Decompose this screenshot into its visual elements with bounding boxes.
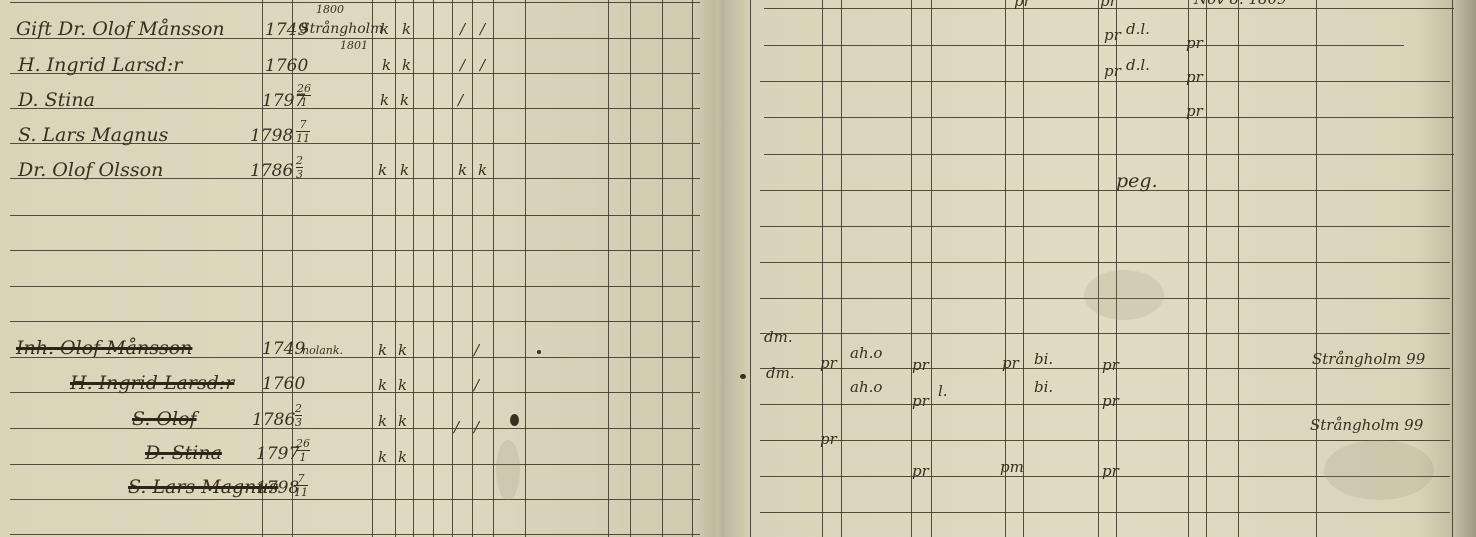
mark-slash: / — [480, 22, 485, 37]
note-dm: dm. — [766, 366, 795, 381]
note-pr: pr — [912, 464, 929, 479]
note-pm: pm — [1000, 460, 1024, 475]
note-pr: pr — [1100, 0, 1117, 9]
birth-year: 1749 — [262, 341, 305, 358]
row-rule — [760, 81, 1450, 82]
note-pr: pr — [912, 394, 929, 409]
note-pr: pr — [1014, 0, 1031, 9]
column-rule — [472, 0, 473, 537]
row-rule — [760, 512, 1450, 513]
note-pr: pr — [1104, 64, 1121, 79]
person-name: D. Stina — [18, 91, 95, 110]
mark-k: k — [378, 163, 387, 178]
column-rule — [662, 0, 663, 537]
mark-slash: / — [474, 343, 479, 358]
birth-year: 1760 — [262, 376, 305, 393]
birth-year: 1786 — [250, 163, 293, 180]
note-remark: Strångholm 99 — [1312, 352, 1425, 367]
note-pr: pr — [1102, 394, 1119, 409]
ink-blot — [537, 350, 541, 354]
mark-k: k — [378, 343, 387, 358]
note-peg: peg. — [1116, 172, 1158, 191]
birth-year: 1786 — [252, 412, 295, 429]
birth-year: 1760 — [265, 58, 308, 75]
note-bi: bi. — [1034, 380, 1053, 395]
mark-slash: / — [454, 420, 459, 435]
row-rule — [760, 333, 1450, 334]
row-rule — [764, 154, 1454, 155]
column-rule — [1452, 0, 1453, 537]
mark-k: k — [380, 22, 389, 37]
note-pr: pr — [1002, 356, 1019, 371]
mark-k: k — [382, 58, 391, 73]
note-dl: d.l. — [1126, 22, 1150, 37]
row-rule — [760, 226, 1450, 227]
row-rule — [764, 45, 1404, 46]
column-rule — [493, 0, 494, 537]
note-l: l. — [938, 384, 948, 399]
row-rule — [10, 321, 700, 322]
column-rule — [750, 0, 751, 537]
paper-stain — [1084, 270, 1164, 320]
person-name: H. Ingrid Larsd:r — [18, 56, 182, 75]
note-aho: ah.o — [850, 346, 882, 361]
column-rule — [692, 0, 693, 537]
birth-year: 1798 — [250, 128, 293, 145]
mark-k: k — [380, 93, 389, 108]
column-rule — [452, 0, 453, 537]
column-rule — [608, 0, 609, 537]
mark-slash: / — [480, 58, 485, 73]
mark-slash: / — [460, 22, 465, 37]
row-rule — [10, 108, 700, 109]
note-pr: pr — [820, 432, 837, 447]
row-rule — [10, 428, 700, 429]
note-pr: pr — [1186, 36, 1203, 51]
note-pr: pr — [1102, 358, 1119, 373]
ledger-spread: 1800 Gift Dr. Olof Månsson 1749 Strångho… — [0, 0, 1476, 537]
mark-k: k — [398, 378, 407, 393]
birth-year: 1798 — [256, 480, 299, 497]
note-pr: pr — [820, 356, 837, 371]
note-pr: pr — [1102, 464, 1119, 479]
birth-date: 711 — [294, 473, 308, 498]
row-rule — [10, 215, 700, 216]
column-rule — [372, 0, 373, 537]
mark-k: k — [400, 163, 409, 178]
row-rule — [760, 262, 1450, 263]
column-rule — [395, 0, 396, 537]
mark-k: k — [398, 343, 407, 358]
birth-date: 261 — [296, 438, 310, 463]
person-name: Dr. Olof Olsson — [18, 161, 163, 180]
note-remark: Strångholm 99 — [1310, 418, 1423, 433]
note-dl: d.l. — [1126, 58, 1150, 73]
birth-date: 23 — [295, 403, 302, 428]
person-name-struck: D. Stina — [145, 444, 222, 463]
column-rule — [525, 0, 526, 537]
mark-slash: / — [474, 420, 479, 435]
column-rule — [413, 0, 414, 537]
row-rule — [10, 286, 700, 287]
mark-k: k — [378, 450, 387, 465]
note-pr: pr — [1186, 104, 1203, 119]
person-name-struck: S. Olof — [132, 410, 197, 429]
mark-k: k — [400, 93, 409, 108]
ink-blot — [740, 374, 746, 379]
column-rule — [630, 0, 631, 537]
row-rule — [10, 2, 700, 3]
person-name-struck: H. Ingrid Larsd:r — [70, 374, 234, 393]
mark-slash: / — [474, 378, 479, 393]
paper-stain — [496, 440, 520, 500]
year-annotation: 1800 — [316, 4, 344, 15]
note-pr: pr — [912, 358, 929, 373]
row-rule — [760, 440, 1450, 441]
note-aho: ah.o — [850, 380, 882, 395]
row-rule — [10, 499, 700, 500]
mark-k: k — [402, 58, 411, 73]
note-bi: bi. — [1034, 352, 1053, 367]
note-pr: pr — [1186, 70, 1203, 85]
date-note: Nov 8. 1809 — [1194, 0, 1287, 7]
person-name-struck: Inh. Olof Månsson — [16, 339, 192, 358]
row-rule — [760, 190, 1450, 191]
row-rule — [764, 117, 1454, 118]
birth-date: 711 — [296, 119, 310, 144]
place-note: 1801 — [340, 40, 368, 51]
mark-k: k — [398, 450, 407, 465]
column-rule — [433, 0, 434, 537]
mark-k: k — [478, 163, 487, 178]
birth-place: Strångholm — [300, 22, 383, 36]
left-page: 1800 Gift Dr. Olof Månsson 1749 Strångho… — [0, 0, 724, 537]
mark-slash: / — [460, 58, 465, 73]
row-rule — [10, 464, 700, 465]
note-dm: dm. — [764, 330, 793, 345]
right-page: pr pr Nov 8. 1809 pr d.l. pr pr d.l. pr … — [724, 0, 1476, 537]
birth-date: 261 — [297, 83, 311, 108]
birth-place: nolank. — [302, 345, 343, 356]
mark-k: k — [402, 22, 411, 37]
person-name: S. Lars Magnus — [18, 126, 168, 145]
row-rule — [10, 534, 700, 535]
mark-k: k — [398, 414, 407, 429]
birth-year: 1797 — [256, 446, 299, 463]
mark-k: k — [378, 414, 387, 429]
person-name: Gift Dr. Olof Månsson — [16, 20, 225, 39]
birth-date: 23 — [296, 155, 303, 180]
ink-blot — [510, 414, 519, 426]
mark-slash: / — [458, 93, 463, 108]
paper-stain — [1324, 440, 1434, 500]
row-rule — [10, 250, 700, 251]
mark-k: k — [458, 163, 467, 178]
note-pr: pr — [1104, 28, 1121, 43]
mark-k: k — [378, 378, 387, 393]
